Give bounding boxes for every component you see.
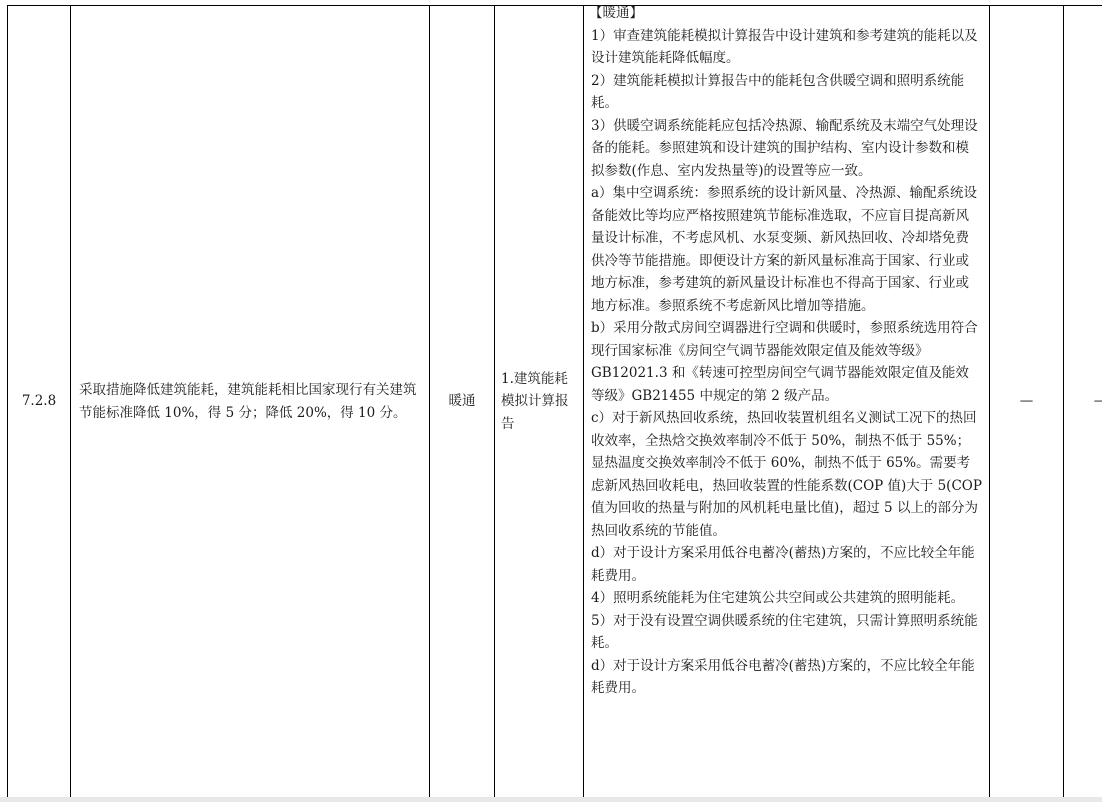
page-bottom-bar [0,797,1102,802]
discipline-cell: 暖通 [430,6,495,798]
review-material-cell: 1.建筑能耗模拟计算报告 [495,6,584,798]
review-point-item: 5）对于没有设置空调供暖系统的住宅建筑，只需计算照明系统能耗。 [591,610,982,655]
review-point-item: 1）审查建筑能耗模拟计算报告中设计建筑和参考建筑的能耗以及设计建筑能耗降低幅度。 [591,25,982,70]
review-point-item: b）采用分散式房间空调器进行空调和供暖时，参照系统选用符合现行国家标准《房间空气… [591,317,982,407]
clause-text: 采取措施降低建筑能耗，建筑能耗相比国家现行有关建筑节能标准降低 10%，得 5 … [79,379,421,424]
review-points-cell: 【暖通】 1）审查建筑能耗模拟计算报告中设计建筑和参考建筑的能耗以及设计建筑能耗… [584,6,990,798]
review-point-item: 2）建筑能耗模拟计算报告中的能耗包含供暖空调和照明系统能耗。 [591,70,982,115]
review-point-item: 4）照明系统能耗为住宅建筑公共空间或公共建筑的照明能耗。 [591,587,982,610]
remark: — [1094,393,1102,409]
review-result-cell: — [990,6,1064,798]
clause-text-cell: 采取措施降低建筑能耗，建筑能耗相比国家现行有关建筑节能标准降低 10%，得 5 … [71,6,430,798]
table-row: 7.2.8 采取措施降低建筑能耗，建筑能耗相比国家现行有关建筑节能标准降低 10… [8,6,1102,798]
review-result: — [1020,393,1034,409]
clause-number-cell: 7.2.8 [8,6,71,798]
discipline: 暖通 [449,393,476,409]
document-page: 7.2.8 采取措施降低建筑能耗，建筑能耗相比国家现行有关建筑节能标准降低 10… [0,0,1102,802]
review-point-item: 3）供暖空调系统能耗应包括冷热源、输配系统及末端空气处理设备的能耗。参照建筑和设… [591,115,982,183]
clause-number: 7.2.8 [22,393,56,409]
review-point-item: c）对于新风热回收系统，热回收装置机组名义测试工况下的热回收效率，全热焓交换效率… [591,407,982,542]
review-point-item: a）集中空调系统：参照系统的设计新风量、冷热源、输配系统设备能效比等均应严格按照… [591,182,982,317]
review-material: 1.建筑能耗模拟计算报告 [501,368,577,436]
review-point-item: d）对于设计方案采用低谷电蓄冷(蓄热)方案的，不应比较全年能耗费用。 [591,542,982,587]
remark-cell: — [1064,6,1102,798]
review-points: 【暖通】 1）审查建筑能耗模拟计算报告中设计建筑和参考建筑的能耗以及设计建筑能耗… [591,2,982,700]
review-points-title: 【暖通】 [589,2,982,25]
review-table: 7.2.8 采取措施降低建筑能耗，建筑能耗相比国家现行有关建筑节能标准降低 10… [7,5,1102,798]
review-point-item: d）对于设计方案采用低谷电蓄冷(蓄热)方案的，不应比较全年能耗费用。 [591,655,982,700]
